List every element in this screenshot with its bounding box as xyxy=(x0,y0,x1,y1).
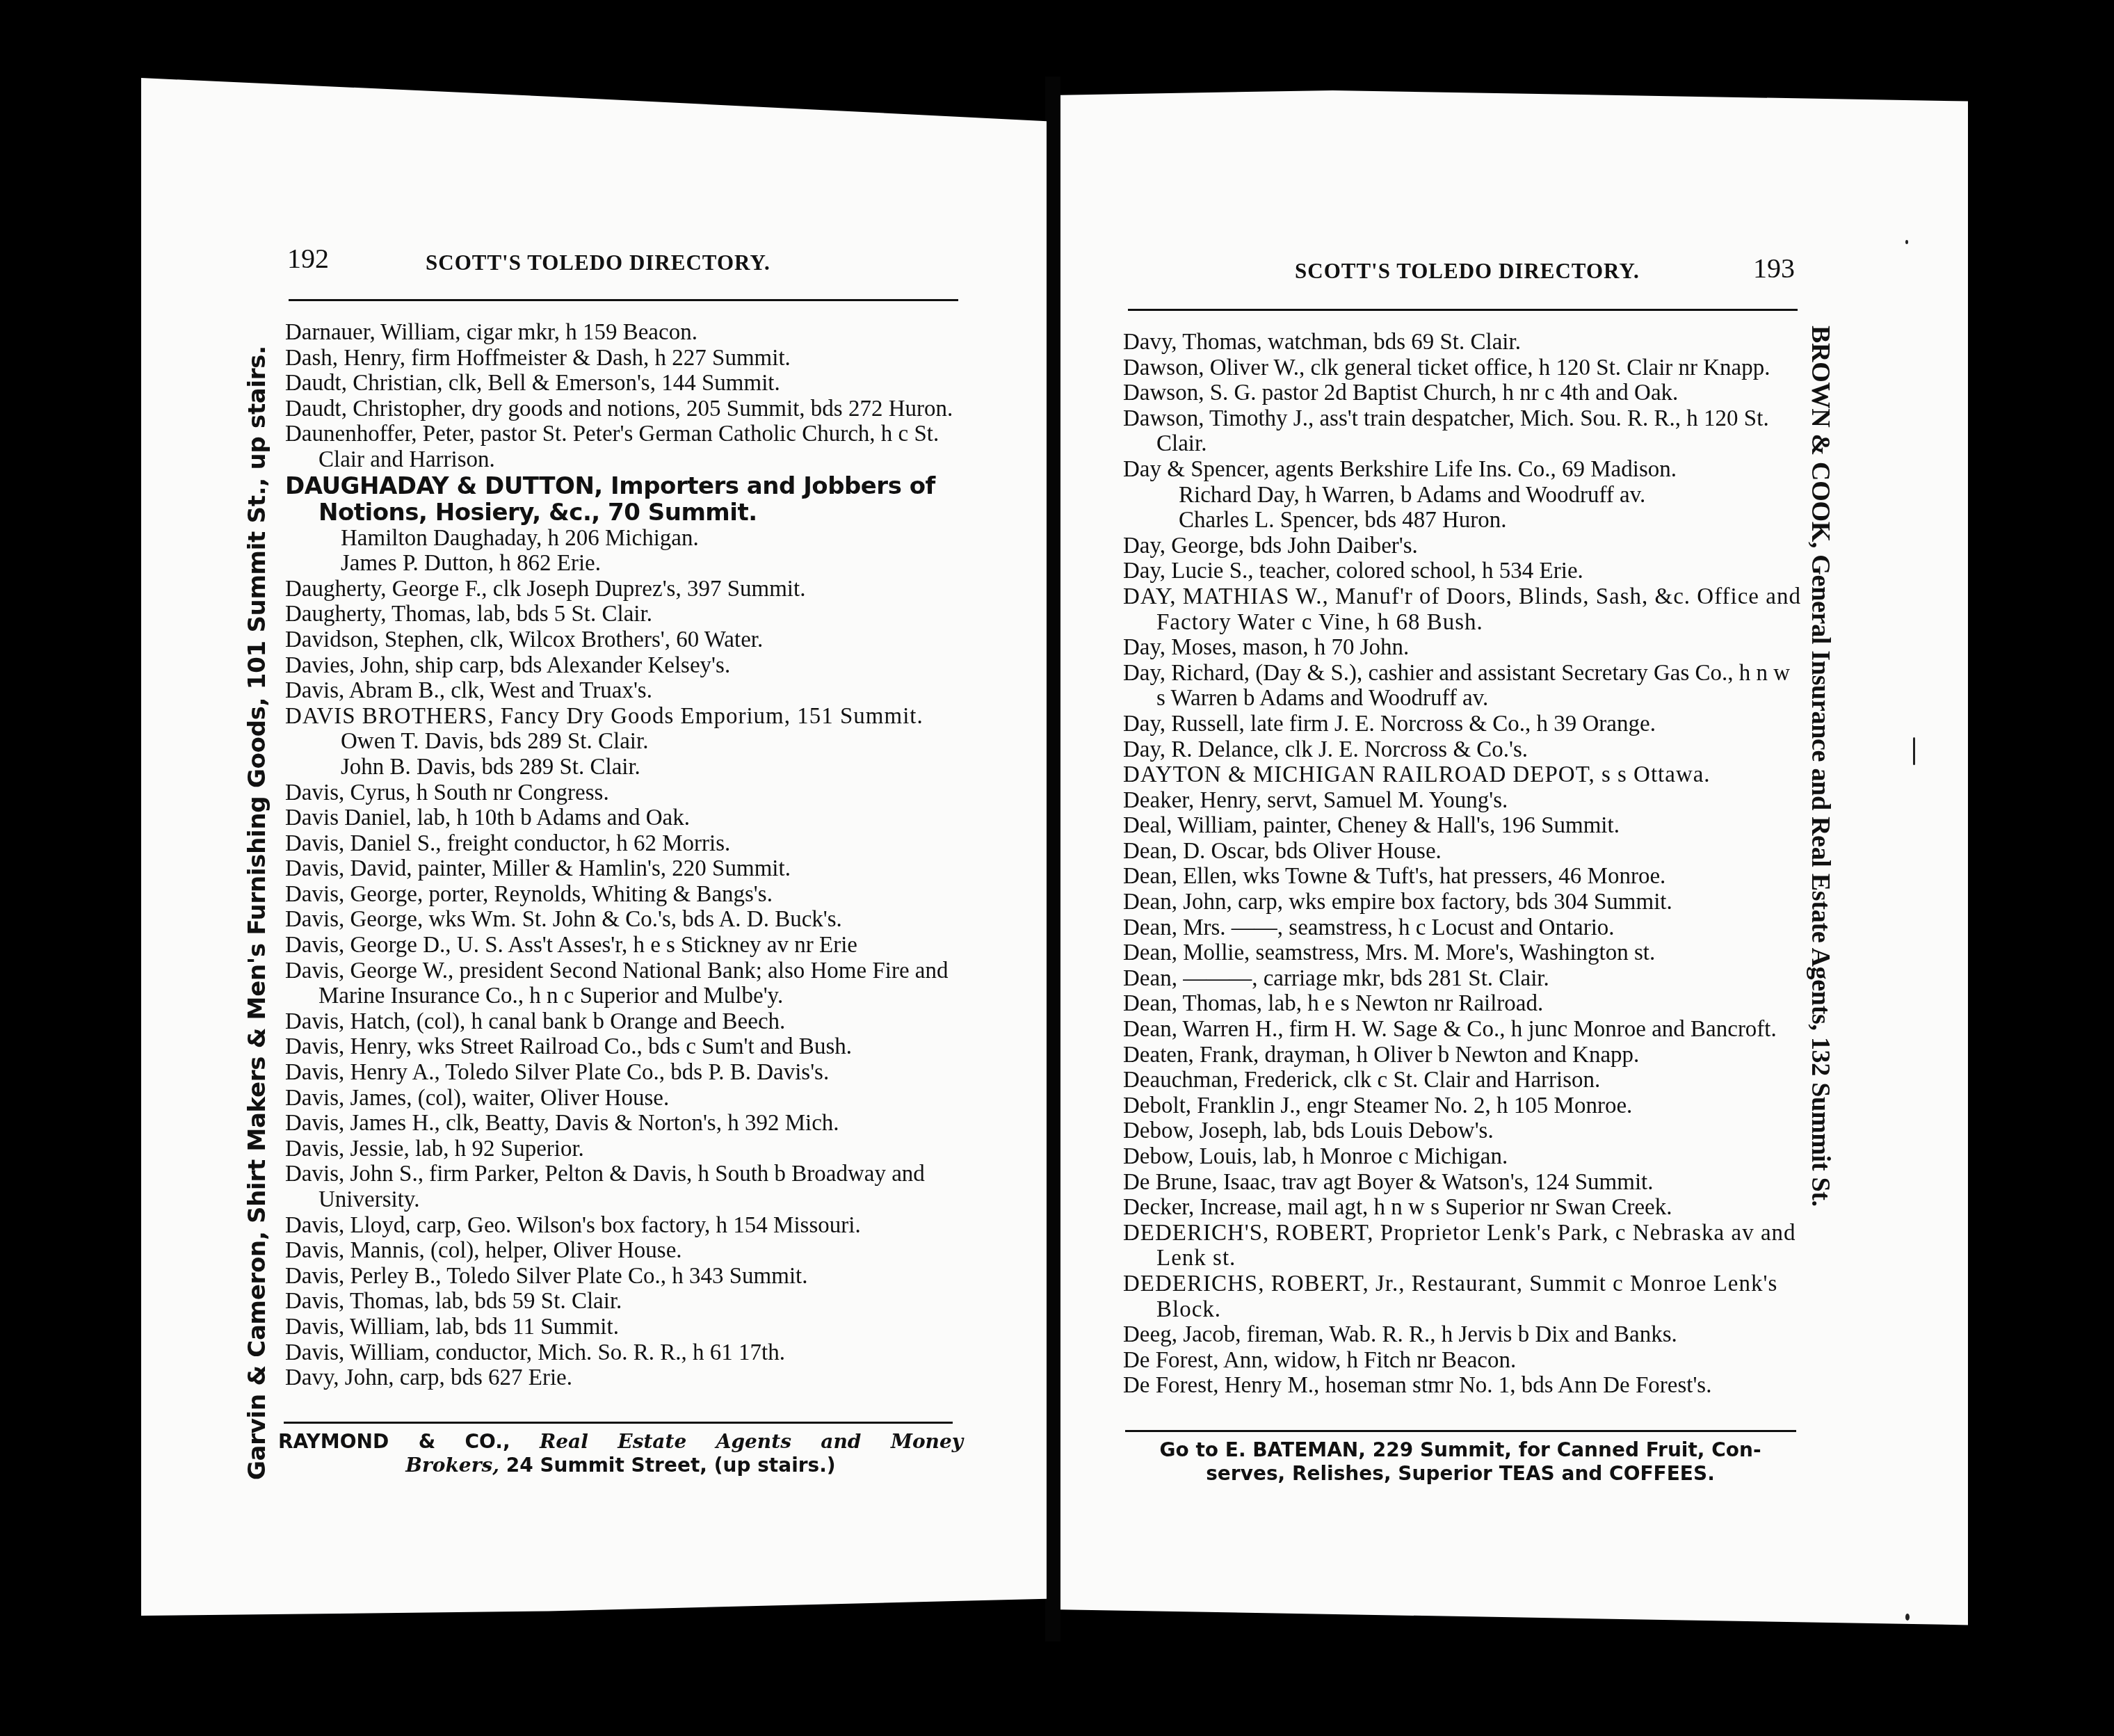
list-item: Deaker, Henry, servt, Samuel M. Young's. xyxy=(1123,788,1803,814)
list-item: Davis, Hatch, (col), h canal bank b Oran… xyxy=(285,1009,970,1035)
ad-italic-text: Brokers, xyxy=(405,1454,499,1477)
left-running-head: SCOTT'S TOLEDO DIRECTORY. xyxy=(426,250,770,275)
list-item-partner: Richard Day, h Warren, b Adams and Woodr… xyxy=(1123,483,1803,508)
list-item: Davis, Henry, wks Street Railroad Co., b… xyxy=(285,1034,970,1060)
list-item: Davis, Cyrus, h South nr Congress. xyxy=(285,780,970,806)
list-item: Davis, George, porter, Reynolds, Whiting… xyxy=(285,882,970,908)
list-item: Dean, D. Oscar, bds Oliver House. xyxy=(1123,839,1803,865)
list-item: Daugherty, Thomas, lab, bds 5 St. Clair. xyxy=(285,602,970,627)
list-item: Davis, Lloyd, carp, Geo. Wilson's box fa… xyxy=(285,1213,970,1239)
left-footer-rule xyxy=(284,1422,953,1424)
list-item: Day, Lucie S., teacher, colored school, … xyxy=(1123,558,1803,584)
list-item: Decker, Increase, mail agt, h n w s Supe… xyxy=(1123,1195,1803,1221)
right-footer-rule xyxy=(1125,1430,1796,1432)
list-item: Davies, John, ship carp, bds Alexander K… xyxy=(285,653,970,679)
ad-line: serves, Relishes, Superior TEAS and COFF… xyxy=(1116,1462,1805,1486)
list-item: Davidson, Stephen, clk, Wilcox Brothers'… xyxy=(285,627,970,653)
list-item-firm: DEDERICH'S, ROBERT, Proprietor Lenk's Pa… xyxy=(1123,1221,1803,1271)
right-side-advertisement: BROWN & COOK, General Insurance and Real… xyxy=(1805,325,1836,1445)
list-item: Davy, John, carp, bds 627 Erie. xyxy=(285,1365,970,1391)
list-item: Deeg, Jacob, fireman, Wab. R. R., h Jerv… xyxy=(1123,1322,1803,1348)
scan-speck xyxy=(1913,737,1915,765)
list-item: Davis, James, (col), waiter, Oliver Hous… xyxy=(285,1086,970,1111)
list-item: Dean, Mollie, seamstress, Mrs. M. More's… xyxy=(1123,940,1803,966)
left-side-advertisement: Garvin & Cameron, Shirt Makers & Men's F… xyxy=(243,270,271,1480)
list-item: Davis, Mannis, (col), helper, Oliver Hou… xyxy=(285,1238,970,1264)
list-item: Davis, George W., president Second Natio… xyxy=(285,958,970,1009)
list-item: Davy, Thomas, watchman, bds 69 St. Clair… xyxy=(1123,330,1803,355)
list-item-firm: DAYTON & MICHIGAN RAILROAD DEPOT, s s Ot… xyxy=(1123,762,1803,788)
list-item: Dash, Henry, firm Hoffmeister & Dash, h … xyxy=(285,346,970,371)
list-item: Deaten, Frank, drayman, h Oliver b Newto… xyxy=(1123,1043,1803,1068)
ad-address: 24 Summit Street, (up stairs.) xyxy=(506,1454,836,1477)
list-item: Debow, Louis, lab, h Monroe c Michigan. xyxy=(1123,1144,1803,1170)
list-item: Daugherty, George F., clk Joseph Duprez'… xyxy=(285,577,970,602)
list-item: Deal, William, painter, Cheney & Hall's,… xyxy=(1123,813,1803,839)
list-item: De Forest, Ann, widow, h Fitch nr Beacon… xyxy=(1123,1348,1803,1374)
list-item-partner: John B. Davis, bds 289 St. Clair. xyxy=(285,755,970,780)
list-item: Dean, Thomas, lab, h e s Newton nr Railr… xyxy=(1123,991,1803,1017)
list-item: Dean, ———, carriage mkr, bds 281 St. Cla… xyxy=(1123,966,1803,992)
right-page-number: 193 xyxy=(1753,252,1795,284)
scan-speck xyxy=(1905,240,1908,244)
list-item: Davis, Daniel S., freight conductor, h 6… xyxy=(285,831,970,857)
list-item: Dean, Mrs. ——, seamstress, h c Locust an… xyxy=(1123,915,1803,941)
list-item: Debow, Joseph, lab, bds Louis Debow's. xyxy=(1123,1118,1803,1144)
list-item: Day, R. Delance, clk J. E. Norcross & Co… xyxy=(1123,737,1803,763)
right-header-rule xyxy=(1128,309,1798,311)
left-header-rule xyxy=(289,299,958,301)
list-item: Dawson, Oliver W., clk general ticket of… xyxy=(1123,355,1803,381)
list-item: Davis, Abram B., clk, West and Truax's. xyxy=(285,678,970,704)
list-item: Davis, David, painter, Miller & Hamlin's… xyxy=(285,856,970,882)
list-item: Davis, Henry A., Toledo Silver Plate Co.… xyxy=(285,1060,970,1086)
list-item: Davis, John S., firm Parker, Pelton & Da… xyxy=(285,1162,970,1212)
right-entry-list: Davy, Thomas, watchman, bds 69 St. Clair… xyxy=(1123,330,1803,1399)
list-item-partner: Hamilton Daughaday, h 206 Michigan. xyxy=(285,526,970,552)
list-item: Davis, George, wks Wm. St. John & Co.'s,… xyxy=(285,907,970,933)
list-item: Day & Spencer, agents Berkshire Life Ins… xyxy=(1123,457,1803,483)
list-item: Dean, Ellen, wks Towne & Tuft's, hat pre… xyxy=(1123,864,1803,890)
ad-line: Go to E. BATEMAN, 229 Summit, for Canned… xyxy=(1116,1438,1805,1462)
book-gutter xyxy=(1045,77,1060,1641)
list-item: Deauchman, Frederick, clk c St. Clair an… xyxy=(1123,1068,1803,1093)
list-item: Dean, Warren H., firm H. W. Sage & Co., … xyxy=(1123,1017,1803,1043)
list-item: Dawson, Timothy J., ass't train despatch… xyxy=(1123,406,1803,457)
list-item: Dawson, S. G. pastor 2d Baptist Church, … xyxy=(1123,380,1803,406)
list-item-firm: DEDERICHS, ROBERT, Jr., Restaurant, Summ… xyxy=(1123,1271,1803,1322)
list-item: Daudt, Christopher, dry goods and notion… xyxy=(285,396,970,422)
list-item: De Forest, Henry M., hoseman stmr No. 1,… xyxy=(1123,1373,1803,1399)
list-item: Dean, John, carp, wks empire box factory… xyxy=(1123,890,1803,915)
list-item-firm: DAUGHADAY & DUTTON, Importers and Jobber… xyxy=(285,473,970,526)
right-running-head: SCOTT'S TOLEDO DIRECTORY. xyxy=(1295,259,1640,284)
list-item: Day, George, bds John Daiber's. xyxy=(1123,533,1803,559)
list-item: Davis, George D., U. S. Ass't Asses'r, h… xyxy=(285,933,970,958)
list-item: Davis, James H., clk, Beatty, Davis & No… xyxy=(285,1111,970,1136)
list-item-partner: Charles L. Spencer, bds 487 Huron. xyxy=(1123,508,1803,533)
list-item: Daunenhoffer, Peter, pastor St. Peter's … xyxy=(285,421,970,472)
list-item-partner: Owen T. Davis, bds 289 St. Clair. xyxy=(285,729,970,755)
list-item: Debolt, Franklin J., engr Steamer No. 2,… xyxy=(1123,1093,1803,1119)
list-item: Daudt, Christian, clk, Bell & Emerson's,… xyxy=(285,371,970,396)
list-item-firm: DAY, MATHIAS W., Manuf'r of Doors, Blind… xyxy=(1123,584,1803,635)
list-item: De Brune, Isaac, trav agt Boyer & Watson… xyxy=(1123,1170,1803,1196)
list-item: Davis, William, lab, bds 11 Summit. xyxy=(285,1315,970,1340)
list-item: Davis, Thomas, lab, bds 59 St. Clair. xyxy=(285,1289,970,1315)
ad-firm-name: RAYMOND & CO., xyxy=(278,1430,510,1453)
right-footer-advertisement: Go to E. BATEMAN, 229 Summit, for Canned… xyxy=(1116,1438,1805,1486)
left-footer-advertisement: RAYMOND & CO., Real Estate Agents and Mo… xyxy=(278,1430,963,1477)
list-item: Darnauer, William, cigar mkr, h 159 Beac… xyxy=(285,320,970,346)
scan-speck xyxy=(1905,1614,1910,1621)
list-item: Davis, William, conductor, Mich. So. R. … xyxy=(285,1340,970,1366)
list-item: Day, Richard, (Day & S.), cashier and as… xyxy=(1123,661,1803,712)
list-item: Davis, Jessie, lab, h 92 Superior. xyxy=(285,1136,970,1162)
list-item: Davis, Perley B., Toledo Silver Plate Co… xyxy=(285,1264,970,1289)
ad-italic-text: Real Estate Agents and Money xyxy=(540,1430,963,1453)
left-entry-list: Darnauer, William, cigar mkr, h 159 Beac… xyxy=(285,320,970,1391)
left-page-number: 192 xyxy=(287,242,329,275)
list-item: Day, Moses, mason, h 70 John. xyxy=(1123,635,1803,661)
list-item-partner: James P. Dutton, h 862 Erie. xyxy=(285,551,970,577)
list-item: Day, Russell, late firm J. E. Norcross &… xyxy=(1123,712,1803,737)
list-item: Davis Daniel, lab, h 10th b Adams and Oa… xyxy=(285,805,970,831)
list-item-firm: DAVIS BROTHERS, Fancy Dry Goods Emporium… xyxy=(285,704,970,730)
